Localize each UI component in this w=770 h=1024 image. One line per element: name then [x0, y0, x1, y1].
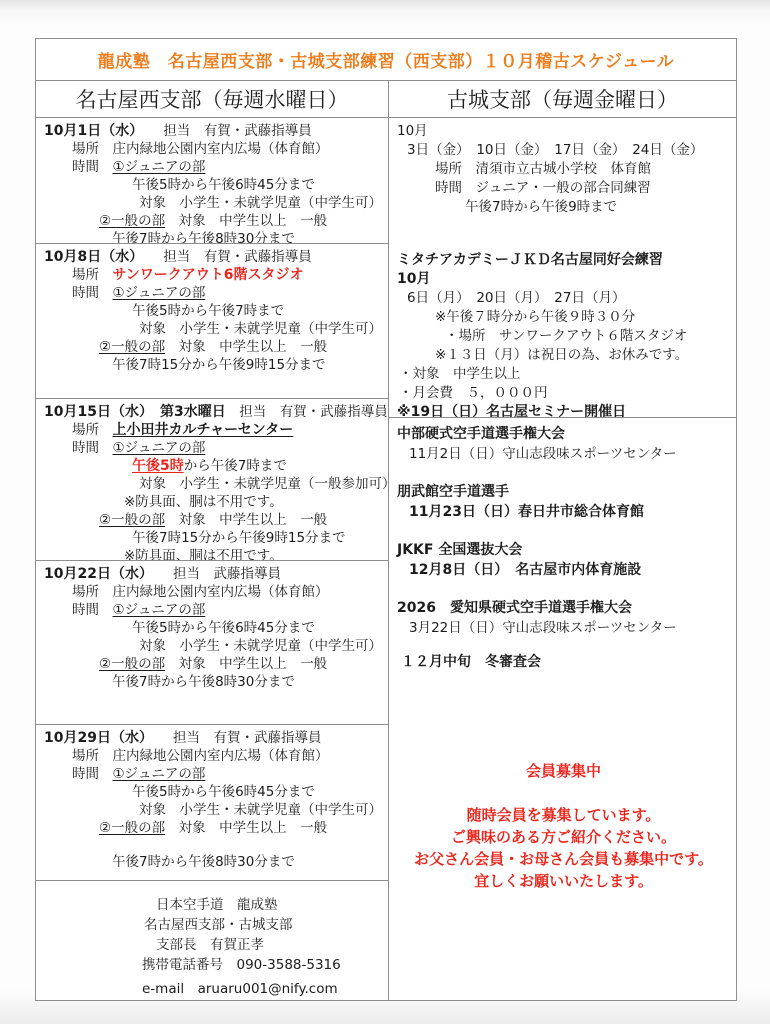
text-line: 午後5時から午後7時まで [44, 457, 382, 475]
text-segment: ※防具面、胴は不用です。 [124, 548, 283, 561]
header-nagoya-west-branch: 名古屋西支部（毎週水曜日） [36, 81, 389, 117]
text-line: 場所 サンワークアウト6階スタジオ [44, 266, 382, 284]
text-line: 午後7時15分から午後9時15分まで [44, 529, 382, 547]
spacer [397, 464, 730, 482]
text-segment: 午後7時15分から午後9時15分まで [112, 357, 326, 373]
text-line: 支部長 有賀正孝 [44, 935, 382, 955]
session-oct-8: 10月8日（水） 担当 有賀・武藤指導員場所 サンワークアウト6階スタジオ時間 … [36, 244, 388, 399]
text-segment: 11月2日（日）守山志段味スポーツセンター [409, 446, 677, 462]
text-segment: e-mail aruaru001@nify.com [142, 981, 338, 997]
text-line: 対象 小学生・未就学児童（中学生可） [44, 637, 382, 655]
text-line: 午後5時から午後6時45分まで [44, 783, 382, 801]
text-line: 中部硬式空手道選手権大会 [397, 424, 730, 444]
text-line: 午後5時から午後6時45分まで [44, 176, 382, 194]
text-segment: 10月 [397, 271, 430, 287]
session-oct-22: 10月22日（水） 担当 武藤指導員場所 庄内緑地公園内室内広場（体育館）時間 … [36, 561, 388, 725]
spacer [397, 638, 730, 652]
kojo-sessions-and-mitachi-academy: 10月3日（金） 10日（金） 17日（金） 24日（金）場所 清須市立古城小学… [389, 118, 736, 418]
text-segment: ②一般の部 [99, 512, 165, 528]
text-line: 10月1日（水） 担当 有賀・武藤指導員 [44, 122, 382, 140]
text-segment: 6日（月） 20日（月） 27日（月） [407, 290, 625, 306]
text-line: 場所 上小田井カルチャーセンター [44, 421, 382, 439]
text-segment: 場所 庄内緑地公園内室内広場（体育館） [72, 141, 329, 157]
text-segment: 午後5時から午後7時まで [132, 303, 284, 319]
text-line: 時間 ①ジュニアの部 [44, 601, 382, 619]
text-segment: 午後5時 [132, 458, 184, 474]
text-line: 携帯電話番号 090-3588-5316 [44, 955, 382, 975]
text-segment: ・場所 サンワークアウト６階スタジオ [445, 328, 687, 344]
text-line: 12月8日（日） 名古屋市内体育施設 [397, 560, 730, 580]
text-segment: 10月22日（水） [44, 566, 146, 582]
text-segment: お父さん会員・お母さん会員も募集中です。 [414, 850, 713, 868]
text-segment: 10月 [397, 123, 428, 139]
text-segment: ①ジュニアの部 [113, 159, 206, 175]
text-segment: 会員募集中 [526, 762, 601, 780]
text-segment: 午後7時から午後8時30分まで [112, 854, 295, 870]
text-segment: ①ジュニアの部 [113, 285, 206, 301]
text-segment: 10月8日（水） [44, 249, 136, 265]
text-segment: 対象 小学生・未就学児童（中学生可） [139, 638, 382, 654]
text-segment: ・対象 中学生以上 [399, 366, 521, 382]
text-segment: 対象 小学生・未就学児童（中学生可） [139, 802, 382, 818]
text-line: 10月29日（水） 担当 有賀・武藤指導員 [44, 729, 382, 747]
text-segment: 担当 有賀・武藤指導員 [136, 249, 312, 265]
text-line: 午後5時から午後7時まで [44, 302, 382, 320]
text-segment: 場所 庄内緑地公園内室内広場（体育館） [72, 748, 329, 764]
document-title: 龍成塾 名古屋西支部・古城支部練習（西支部）１０月稽古スケジュール [36, 39, 736, 81]
text-segment: ・月会費 ５，０００円 [399, 385, 548, 401]
text-line: ※防具面、胴は不用です。 [44, 547, 382, 561]
text-segment: 随時会員を募集しています。 [467, 806, 661, 824]
text-segment: 対象 中学生以上 一般 [165, 820, 327, 836]
tournaments-and-recruiting: 中部硬式空手道選手権大会11月2日（日）守山志段味スポーツセンター朋武館空手道選… [389, 418, 736, 1000]
text-line: 場所 庄内緑地公園内室内広場（体育館） [44, 140, 382, 158]
text-segment: 担当 有賀・武藤指導員 [146, 730, 322, 746]
text-segment: 日本空手道 龍成塾 [156, 897, 278, 913]
header-right-text: 古城支部（毎週金曜日） [447, 84, 678, 114]
text-line: ミタチアカデミーＪＫＤ名古屋同好会練習 [397, 251, 730, 270]
text-line: 場所 清須市立古城小学校 体育館 [397, 160, 730, 179]
text-line: 10月22日（水） 担当 武藤指導員 [44, 565, 382, 583]
text-segment: 時間 [72, 766, 113, 782]
document-title-text: 龍成塾 名古屋西支部・古城支部練習（西支部）１０月稽古スケジュール [98, 47, 674, 72]
text-segment: 時間 [72, 602, 113, 618]
text-segment: 2026 愛知県硬式空手道選手権大会 [397, 600, 632, 616]
text-line: e-mail aruaru001@nify.com [44, 979, 382, 999]
text-segment: 名古屋西支部・古城支部 [144, 917, 293, 933]
text-segment: ※午後７時分から午後９時３０分 [435, 309, 635, 325]
text-segment: 宜しくお願いいたします。 [474, 872, 653, 890]
text-line: ②一般の部 対象 中学生以上 一般 [44, 511, 382, 529]
text-segment: 中部硬式空手道選手権大会 [397, 426, 565, 442]
text-line: ②一般の部 対象 中学生以上 一般 [44, 212, 382, 230]
text-segment: ミタチアカデミーＪＫＤ名古屋同好会練習 [397, 252, 663, 268]
text-line: 6日（月） 20日（月） 27日（月） [397, 289, 730, 308]
text-line: 11月23日（日）春日井市総合体育館 [397, 502, 730, 522]
text-line: 対象 小学生・未就学児童（一般参加可） [44, 475, 382, 493]
member-recruiting-notice: 会員募集中随時会員を募集しています。ご興味のある方ご紹介ください。お父さん会員・… [397, 760, 730, 892]
text-segment: 携帯電話番号 090-3588-5316 [142, 957, 341, 973]
text-segment: 朋武館空手道選手 [397, 484, 509, 500]
text-segment: ①ジュニアの部 [113, 440, 206, 456]
spacer [397, 217, 730, 251]
spacer [44, 837, 382, 853]
text-segment: ②一般の部 [99, 820, 165, 836]
text-line: JKKF 全国選抜大会 [397, 540, 730, 560]
text-segment: 3日（金） 10日（金） 17日（金） 24日（金） [407, 142, 703, 158]
text-segment: 午後5時から午後6時45分まで [132, 620, 315, 636]
text-line: 対象 小学生・未就学児童（中学生可） [44, 801, 382, 819]
table-body: 10月1日（水） 担当 有賀・武藤指導員場所 庄内緑地公園内室内広場（体育館）時… [36, 118, 736, 1000]
text-segment: 対象 小学生・未就学児童（中学生可） [139, 195, 382, 211]
header-kojo-branch: 古城支部（毎週金曜日） [389, 81, 736, 117]
text-segment: 場所 清須市立古城小学校 体育館 [435, 161, 651, 177]
text-line: １２月中旬 冬審査会 [397, 652, 730, 672]
text-line: お父さん会員・お母さん会員も募集中です。 [397, 848, 730, 870]
text-segment: 時間 ジュニア・一般の部合同練習 [435, 180, 651, 196]
text-segment: 場所 [72, 422, 113, 438]
text-line: ②一般の部 対象 中学生以上 一般 [44, 338, 382, 356]
text-segment: 担当 有賀・武藤指導員 [226, 404, 388, 420]
text-line: 対象 小学生・未就学児童（中学生可） [44, 320, 382, 338]
spacer [397, 782, 730, 804]
text-line: 時間 ジュニア・一般の部合同練習 [397, 179, 730, 198]
text-line: ※19日（日）名古屋セミナー開催日 [397, 403, 730, 418]
tournament-list: 中部硬式空手道選手権大会11月2日（日）守山志段味スポーツセンター朋武館空手道選… [397, 424, 730, 672]
text-segment: ※１３日（月）は祝日の為、お休みです。 [435, 347, 688, 363]
text-segment: 午後5時から午後6時45分まで [132, 177, 315, 193]
text-line: 3日（金） 10日（金） 17日（金） 24日（金） [397, 141, 730, 160]
text-line: 午後5時から午後6時45分まで [44, 619, 382, 637]
text-segment: 場所 庄内緑地公園内室内広場（体育館） [72, 584, 329, 600]
text-line: 10月8日（水） 担当 有賀・武藤指導員 [44, 248, 382, 266]
text-segment: ②一般の部 [99, 339, 165, 355]
text-line: 宜しくお願いいたします。 [397, 870, 730, 892]
text-segment: 3月22日（日）守山志段味スポーツセンター [409, 620, 677, 636]
text-segment: ※19日（日）名古屋セミナー開催日 [397, 404, 626, 418]
text-line: 会員募集中 [397, 760, 730, 782]
session-oct-29: 10月29日（水） 担当 有賀・武藤指導員場所 庄内緑地公園内室内広場（体育館）… [36, 725, 388, 881]
text-segment: 午後7時から午後9時まで [465, 199, 617, 215]
text-segment: 12月8日（日） 名古屋市内体育施設 [409, 562, 641, 578]
text-line: 10月 [397, 270, 730, 289]
text-line: 対象 小学生・未就学児童（中学生可） [44, 194, 382, 212]
text-line: 名古屋西支部・古城支部 [44, 915, 382, 935]
text-segment: 担当 武藤指導員 [146, 566, 281, 582]
text-segment: 時間 [72, 285, 113, 301]
text-segment: 午後7時から午後8時30分まで [112, 674, 295, 690]
spacer [397, 522, 730, 540]
text-line: ・場所 サンワークアウト６階スタジオ [397, 327, 730, 346]
text-segment: ①ジュニアの部 [113, 766, 206, 782]
text-segment: ②一般の部 [99, 213, 165, 229]
header-left-text: 名古屋西支部（毎週水曜日） [76, 84, 349, 114]
text-line: ※午後７時分から午後９時３０分 [397, 308, 730, 327]
text-segment: サンワークアウト6階スタジオ [113, 267, 304, 283]
text-segment: 午後5時から午後6時45分まで [132, 784, 315, 800]
text-segment: 10月29日（水） [44, 730, 146, 746]
text-segment: ※防具面、胴は不用です。 [124, 494, 283, 510]
scanned-schedule-page: { "colors":{"title_orange":"#ee7b18","ac… [0, 0, 770, 1024]
text-line: 場所 庄内緑地公園内室内広場（体育館） [44, 583, 382, 601]
session-oct-15: 10月15日（水） 第3水曜日 担当 有賀・武藤指導員場所 上小田井カルチャーセ… [36, 399, 388, 561]
text-segment: 10月1日（水） [44, 123, 136, 139]
text-segment: JKKF 全国選抜大会 [397, 542, 522, 558]
text-segment: 対象 小学生・未就学児童（一般参加可） [139, 476, 388, 492]
text-segment: 対象 中学生以上 一般 [165, 213, 327, 229]
schedule-table: 龍成塾 名古屋西支部・古城支部練習（西支部）１０月稽古スケジュール 名古屋西支部… [35, 38, 737, 1001]
text-segment: 11月23日（日）春日井市総合体育館 [409, 504, 644, 520]
text-line: ※防具面、胴は不用です。 [44, 493, 382, 511]
text-line: 2026 愛知県硬式空手道選手権大会 [397, 598, 730, 618]
text-segment: 午後7時から午後8時30分まで [112, 231, 295, 244]
text-segment: 対象 中学生以上 一般 [165, 656, 327, 672]
text-line: 時間 ①ジュニアの部 [44, 158, 382, 176]
text-line: 11月2日（日）守山志段味スポーツセンター [397, 444, 730, 464]
text-segment: 対象 中学生以上 一般 [165, 339, 327, 355]
text-segment: 10月15日（水） 第3水曜日 [44, 404, 226, 420]
contact-info: 日本空手道 龍成塾名古屋西支部・古城支部支部長 有賀正孝携帯電話番号 090-3… [36, 881, 388, 1000]
text-segment: 上小田井カルチャーセンター [113, 422, 294, 438]
text-line: 時間 ①ジュニアの部 [44, 439, 382, 457]
text-segment: 担当 有賀・武藤指導員 [136, 123, 312, 139]
column-headers: 名古屋西支部（毎週水曜日） 古城支部（毎週金曜日） [36, 81, 736, 118]
text-segment: 対象 中学生以上 一般 [165, 512, 327, 528]
text-line: 随時会員を募集しています。 [397, 804, 730, 826]
text-line: 日本空手道 龍成塾 [44, 895, 382, 915]
text-segment: ②一般の部 [99, 656, 165, 672]
text-line: 午後7時から午後8時30分まで [44, 853, 382, 871]
spacer [397, 580, 730, 598]
text-line: 10月 [397, 122, 730, 141]
text-line: 午後7時から午後8時30分まで [44, 230, 382, 244]
text-line: 10月15日（水） 第3水曜日 担当 有賀・武藤指導員 [44, 403, 382, 421]
column-kojo: 10月3日（金） 10日（金） 17日（金） 24日（金）場所 清須市立古城小学… [389, 118, 736, 1000]
text-line: 午後7時15分から午後9時15分まで [44, 356, 382, 374]
text-segment: ご興味のある方ご紹介ください。 [451, 828, 676, 846]
text-line: ・月会費 ５，０００円 [397, 384, 730, 403]
text-segment: から午後7時まで [184, 458, 287, 474]
text-segment: 時間 [72, 440, 113, 456]
text-line: ②一般の部 対象 中学生以上 一般 [44, 819, 382, 837]
text-segment: １２月中旬 冬審査会 [401, 654, 541, 670]
text-line: 午後7時から午後9時まで [397, 198, 730, 217]
text-line: ②一般の部 対象 中学生以上 一般 [44, 655, 382, 673]
text-line: 3月22日（日）守山志段味スポーツセンター [397, 618, 730, 638]
text-segment: 時間 [72, 159, 113, 175]
text-line: 場所 庄内緑地公園内室内広場（体育館） [44, 747, 382, 765]
session-oct-1: 10月1日（水） 担当 有賀・武藤指導員場所 庄内緑地公園内室内広場（体育館）時… [36, 118, 388, 244]
column-nagoya-west: 10月1日（水） 担当 有賀・武藤指導員場所 庄内緑地公園内室内広場（体育館）時… [36, 118, 389, 1000]
text-line: 午後7時から午後8時30分まで [44, 673, 382, 691]
text-segment: 場所 [72, 267, 113, 283]
text-segment: 午後7時15分から午後9時15分まで [132, 530, 346, 546]
text-segment: ①ジュニアの部 [113, 602, 206, 618]
text-line: 時間 ①ジュニアの部 [44, 765, 382, 783]
text-line: ・対象 中学生以上 [397, 365, 730, 384]
text-line: 朋武館空手道選手 [397, 482, 730, 502]
text-line: ※１３日（月）は祝日の為、お休みです。 [397, 346, 730, 365]
text-segment: 支部長 有賀正孝 [156, 937, 264, 953]
text-line: 時間 ①ジュニアの部 [44, 284, 382, 302]
text-line: ご興味のある方ご紹介ください。 [397, 826, 730, 848]
text-segment: 対象 小学生・未就学児童（中学生可） [139, 321, 382, 337]
